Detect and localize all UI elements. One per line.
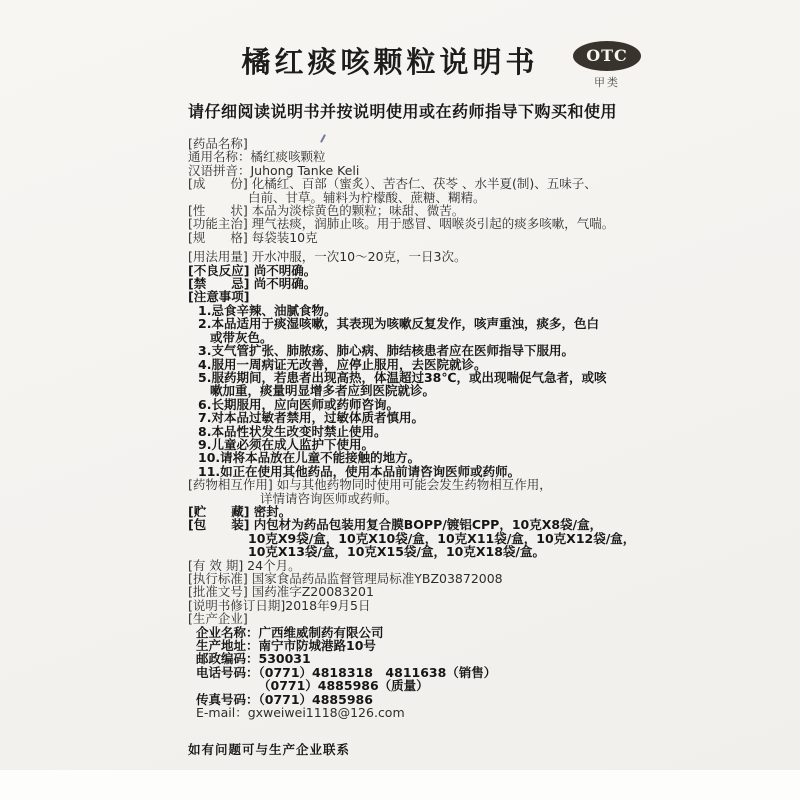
leaflet-line: 4.服用一周病证无改善，应停止服用，去医院就诊。 (188, 358, 648, 371)
leaflet-line: 嗽加重，痰量明显增多者应到医院就诊。 (188, 384, 648, 397)
leaflet-line: [药品名称] (188, 137, 648, 150)
leaflet-line: 10克X9袋/盒，10克X10袋/盒，10克X11袋/盒，10克X12袋/盒， (188, 532, 648, 545)
leaflet-line: 3.支气管扩张、肺脓疡、肺心病、肺结核患者应在医师指导下服用。 (188, 344, 648, 357)
leaflet-line: 邮政编码：530031 (188, 652, 648, 665)
page-title: 橘红痰咳颗粒说明书 (0, 40, 780, 81)
leaflet-line: [执行标准] 国家食品药品监督管理局标准YBZ03872008 (188, 572, 648, 585)
contact-note: 如有问题可与生产企业联系 (188, 740, 350, 758)
leaflet-line: 7.对本品过敏者禁用，过敏体质者慎用。 (188, 411, 648, 424)
leaflet-line: 电话号码：（0771）4818318 4811638（销售） (188, 666, 648, 679)
leaflet-line: [不良反应] 尚不明确。 (188, 264, 648, 277)
leaflet-line: 11.如正在使用其他药品，使用本品前请咨询医师或药师。 (188, 465, 648, 478)
leaflet-line: 详情请咨询医师或药师。 (188, 492, 648, 505)
leaflet-line: [说明书修订日期]2018年9月5日 (188, 599, 648, 612)
leaflet-line: 9.儿童必须在成人监护下使用。 (188, 438, 648, 451)
leaflet-line: 汉语拼音：Juhong Tanke Keli (188, 164, 648, 177)
otc-badge-label: OTC (586, 48, 628, 64)
leaflet-line: 通用名称：橘红痰咳颗粒 (188, 150, 648, 163)
leaflet-line: 或带灰色。 (188, 331, 648, 344)
leaflet-line: 传真号码：（0771）4885986 (188, 693, 648, 706)
leaflet-line: [功能主治] 理气祛痰，润肺止咳。用于感冒、咽喉炎引起的痰多咳嗽，气喘。 (188, 217, 648, 230)
otc-class-label: 甲类 (574, 74, 640, 90)
leaflet-line: 企业名称：广西维威制药有限公司 (188, 626, 648, 639)
leaflet-line: 10克X13袋/盒，10克X15袋/盒，10克X18袋/盒。 (188, 545, 648, 558)
leaflet-line: [生产企业] (188, 612, 648, 625)
leaflet-line: 2.本品适用于痰湿咳嗽，其表现为咳嗽反复发作，咳声重浊，痰多，色白 (188, 317, 648, 330)
photo-background-edge (0, 770, 800, 800)
leaflet-line: 10.请将本品放在儿童不能接触的地方。 (188, 451, 648, 464)
leaflet-line: [禁 忌] 尚不明确。 (188, 277, 648, 290)
leaflet-line: 白前、甘草。辅料为柠檬酸、蔗糖、糊精。 (188, 191, 648, 204)
leaflet-line: [性 状] 本品为淡棕黄色的颗粒；味甜、微苦。 (188, 204, 648, 217)
leaflet-line: [药物相互作用] 如与其他药物同时使用可能会发生药物相互作用， (188, 478, 648, 491)
leaflet-line: [注意事项] (188, 290, 648, 303)
leaflet-line: [用法用量] 开水冲服，一次10～20克，一日3次。 (188, 250, 648, 263)
leaflet-line: E-mail：gxweiwei1118@126.com (188, 706, 648, 719)
leaflet-body: [药品名称]通用名称：橘红痰咳颗粒汉语拼音：Juhong Tanke Keli[… (188, 137, 648, 719)
otc-badge: OTC (574, 42, 640, 70)
leaflet-line: [有 效 期] 24个月。 (188, 559, 648, 572)
leaflet-line: （0771）4885986（质量） (188, 679, 648, 692)
leaflet-line: [批准文号] 国药准字Z20083201 (188, 585, 648, 598)
leaflet-line: [规 格] 每袋装10克 (188, 231, 648, 244)
leaflet-line: 1.忌食辛辣、油腻食物。 (188, 304, 648, 317)
usage-notice: 请仔细阅读说明书并按说明使用或在药师指导下购买和使用 (188, 99, 617, 122)
leaflet-line: [贮 藏] 密封。 (188, 505, 648, 518)
leaflet-line: 6.长期服用，应向医师或药师咨询。 (188, 398, 648, 411)
leaflet-line: 5.服药期间，若患者出现高热，体温超过38℃，或出现喘促气急者，或咳 (188, 371, 648, 384)
leaflet-line: [包 装] 内包材为药品包装用复合膜BOPP/镀铝CPP，10克X8袋/盒， (188, 518, 648, 531)
leaflet-line: 8.本品性状发生改变时禁止使用。 (188, 425, 648, 438)
leaflet-line: [成 份] 化橘红、百部（蜜炙）、苦杏仁、茯苓 、水半夏(制)、五味子、 (188, 177, 648, 190)
leaflet-line: 生产地址：南宁市防城港路10号 (188, 639, 648, 652)
